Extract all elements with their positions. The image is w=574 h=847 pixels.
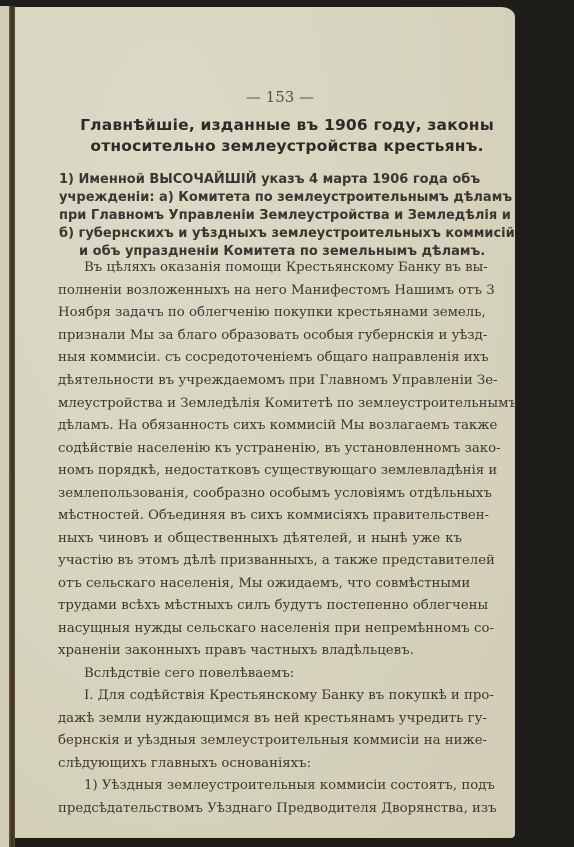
body-line: ныхъ чиновъ и общественныхъ дѣятелей, и … (58, 531, 462, 546)
body-line: дѣятельности въ учреждаемомъ при Главном… (58, 373, 462, 388)
body-line: участію въ этомъ дѣлѣ призванныхъ, а так… (58, 553, 462, 568)
body-line: предсѣдательствомъ Уѣзднаго Предводителя… (58, 801, 462, 816)
page-title-line-2: относительно землеустройства крестьянъ. (0, 137, 574, 155)
decree-heading-line: 1) Именной ВЫСОЧАЙШІЙ указъ 4 марта 1906… (59, 172, 459, 187)
decree-heading-line: и объ упраздненіи Комитета по земельнымъ… (79, 244, 479, 259)
page-number: — 153 — (0, 88, 560, 106)
decree-heading-line: учрежденіи: а) Комитета по землеустроите… (59, 190, 459, 205)
body-line: полненіи возложенныхъ на него Манифестом… (58, 283, 462, 298)
body-line: 1) Уѣздныя землеустроительныя коммисіи с… (84, 778, 462, 793)
body-line: трудами всѣхъ мѣстныхъ силъ будутъ посте… (58, 598, 462, 613)
body-line: I. Для содѣйствія Крестьянскому Банку въ… (84, 688, 462, 703)
body-line: отъ сельскаго населенія, Мы ожидаемъ, чт… (58, 576, 462, 591)
body-line: номъ порядкѣ, недостатковъ существующаго… (58, 463, 462, 478)
decree-heading-line: б) губернскихъ и уѣздныхъ землеустроител… (59, 226, 459, 241)
body-line: слѣдующихъ главныхъ основаніяхъ: (58, 756, 462, 771)
body-line: содѣйствіе населенію къ устраненію, въ у… (58, 441, 462, 456)
body-line: насущныя нужды сельскаго населенія при н… (58, 621, 462, 636)
body-line: землепользованія, сообразно особымъ усло… (58, 486, 462, 501)
body-line: мѣстностей. Объединяя въ сихъ коммисіяхъ… (58, 508, 462, 523)
body-line: млеустройства и Земледѣлія Комитетѣ по з… (58, 396, 462, 411)
decree-heading-line: при Главномъ Управленіи Землеустройства … (59, 208, 459, 223)
body-line: Ноября задачъ по облегченію покупки крес… (58, 305, 462, 320)
body-line: храненіи законныхъ правъ частныхъ владѣл… (58, 643, 462, 658)
body-line: Въ цѣляхъ оказанія помощи Крестьянскому … (84, 260, 462, 275)
body-line: бернскія и уѣздныя землеустроительныя ко… (58, 733, 462, 748)
body-line: Вслѣдствіе сего повелѣваемъ: (84, 666, 462, 681)
body-line: признали Мы за благо образовать особыя г… (58, 328, 462, 343)
page-title-line-1: Главнѣйшіе, изданные въ 1906 году, закон… (0, 116, 574, 134)
body-line: дажѣ земли нуждающимся въ ней крестьянам… (58, 711, 462, 726)
body-line: дѣламъ. На обязанность сихъ коммисій Мы … (58, 418, 462, 433)
body-line: ныя коммисіи. съ сосредоточеніемъ общаго… (58, 350, 462, 365)
